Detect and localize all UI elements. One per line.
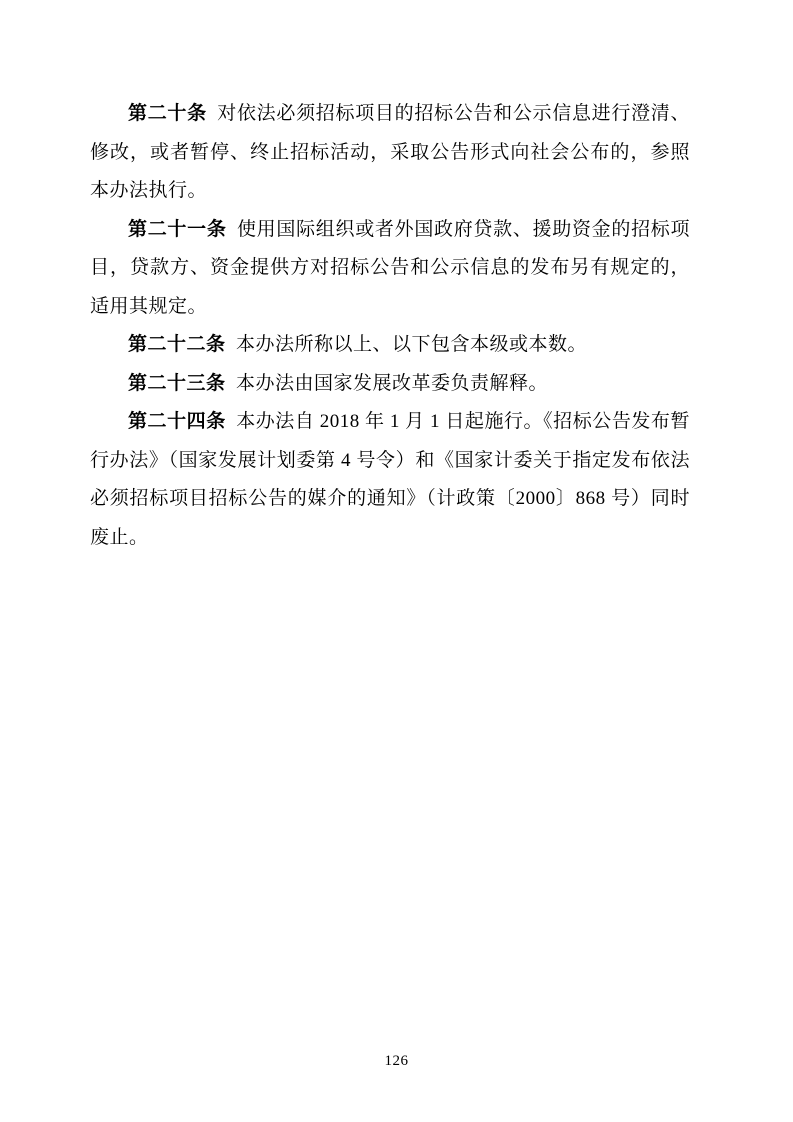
article-24-heading: 第二十四条 [128, 411, 226, 432]
article-23-heading: 第二十三条 [128, 373, 226, 394]
article-paragraph: 第二十四条本办法自 2018 年 1 月 1 日起施行。《招标公告发布暂行办法》… [90, 403, 690, 557]
article-20-heading: 第二十条 [128, 103, 207, 124]
article-paragraph: 第二十三条本办法由国家发展改革委负责解释。 [90, 365, 690, 404]
page-number: 126 [0, 1053, 793, 1070]
article-paragraph: 第二十一条使用国际组织或者外国政府贷款、援助资金的招标项目，贷款方、资金提供方对… [90, 211, 690, 327]
document-text-block: 第二十条对依法必须招标项目的招标公告和公示信息进行澄清、修改，或者暂停、终止招标… [90, 95, 690, 557]
article-paragraph: 第二十二条本办法所称以上、以下包含本级或本数。 [90, 326, 690, 365]
article-23-text: 本办法由国家发展改革委负责解释。 [236, 373, 548, 394]
document-page: 第二十条对依法必须招标项目的招标公告和公示信息进行澄清、修改，或者暂停、终止招标… [0, 0, 793, 1122]
article-21-heading: 第二十一条 [128, 219, 227, 240]
article-paragraph: 第二十条对依法必须招标项目的招标公告和公示信息进行澄清、修改，或者暂停、终止招标… [90, 95, 690, 211]
article-22-heading: 第二十二条 [128, 334, 226, 355]
article-22-text: 本办法所称以上、以下包含本级或本数。 [236, 334, 587, 355]
